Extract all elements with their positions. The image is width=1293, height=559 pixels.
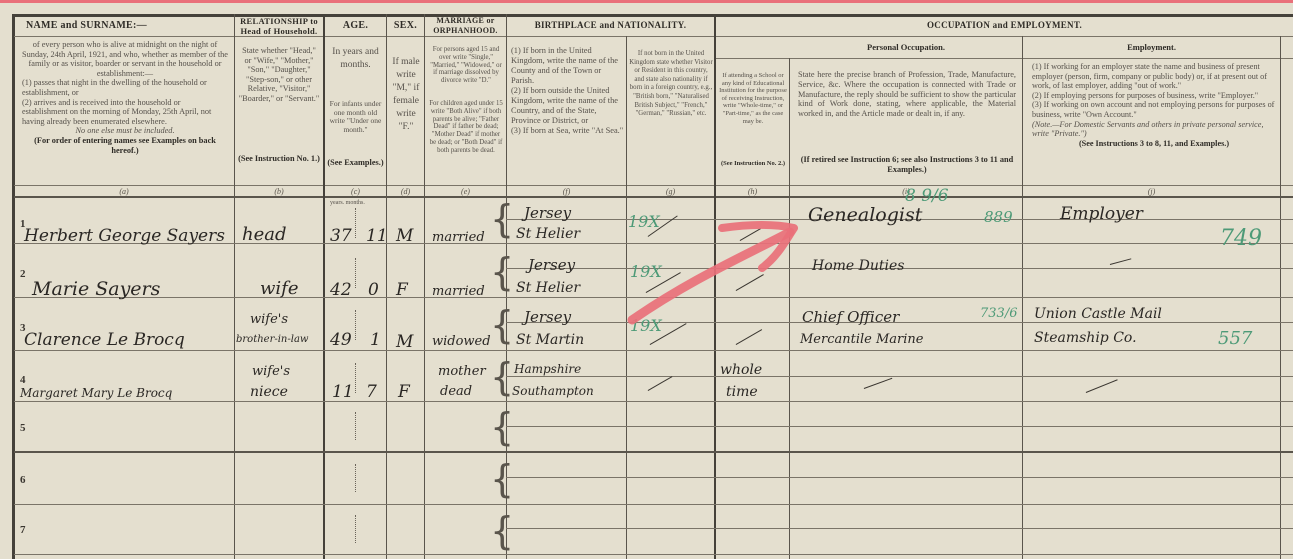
red-arrow-icon [0, 0, 1293, 559]
